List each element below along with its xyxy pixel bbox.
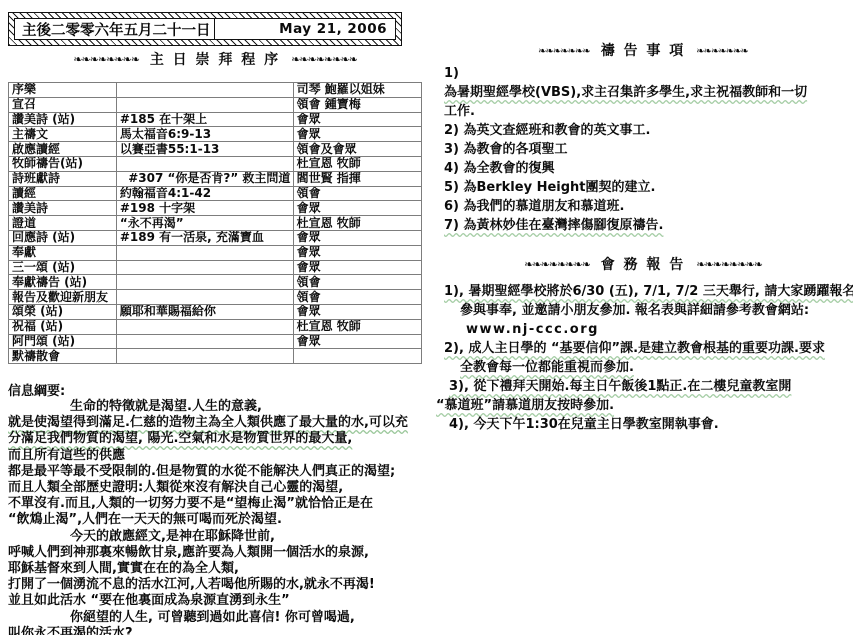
prayer-line: 4) 為全教會的復興 [444,159,850,178]
leaf-chain-ornament-icon: ❧❧❧❧❧❧❧❧ [73,53,139,66]
worship-content-cell: 馬太福音6:9-13 [116,127,293,142]
date-english: May 21, 2006 [215,21,395,37]
worship-content-cell: 願耶和華賜福給你 [116,304,293,319]
worship-item-cell: 三一頌 (站) [9,260,117,275]
worship-content-cell: #307 “你是否肯?” 救主問道 [116,171,293,186]
leaf-chain-ornament-icon: ❧❧❧❧❧❧❧ [696,46,748,57]
worship-table-row: 奉獻 會眾 [9,245,422,260]
worship-table-row: 讀經 約翰福音4:1-42 領會 [9,186,422,201]
worship-table-row: 主禱文 馬太福音6:9-13 會眾 [9,127,422,142]
worship-content-cell [116,156,293,171]
worship-table-row: 讚美詩 (站) #185 在十架上 會眾 [9,112,422,127]
worship-item-cell: 回應詩 (站) [9,230,117,245]
worship-content-cell: #189 有一活泉, 充滿寶血 [116,230,293,245]
worship-item-cell: 詩班獻詩 [9,171,117,186]
message-line: 今天的啟應經文,是神在耶穌降世前, [8,529,428,545]
worship-order-table: 序樂 司琴 鮑羅以姐妹 宣召 領會 鍾寶梅 讚美詩 (站) #185 在十架上 [8,82,422,364]
worship-table-row: 奉獻禱告 (站) 領會 [9,275,422,290]
worship-item-cell: 證道 [9,216,117,231]
report-line: “慕道班”請慕道朋友按時參加. [436,396,850,415]
worship-content-cell: “永不再渴” [116,216,293,231]
worship-item-cell: 報告及歡迎新朋友 [9,290,117,305]
worship-leader-cell: 領會 [293,186,421,201]
worship-item-cell: 序樂 [9,83,117,98]
prayer-line: 6) 為我們的慕道朋友和慕道班. [444,197,850,216]
leaf-chain-ornament-icon: ❧❧❧❧❧❧❧❧ [524,258,590,271]
worship-table-row: 序樂 司琴 鮑羅以姐妹 [9,83,422,98]
worship-item-cell: 奉獻 [9,245,117,260]
worship-table-row: 啟應讀經 以賽亞書55:1-13 領會及會眾 [9,142,422,157]
message-outline-section: 信息綱要: 生命的特徵就是渴望.人生的意義, 就是使渴望得到滿足.仁慈的造物主為… [8,384,428,635]
report-line: 4), 今天下午1:30在兒童主日學教室開執事會. [444,415,850,434]
prayer-line: 工作. [444,102,850,121]
bulletin-page: 主後二零零六年五月二十一日 May 21, 2006 ❧❧❧❧❧❧❧❧ 主 日 … [0,0,853,635]
worship-item-cell: 牧師禱告(站) [9,156,117,171]
worship-item-cell: 祝福 (站) [9,319,117,334]
report-title-text: 會 務 報 告 [601,257,686,273]
message-line: 生命的特徵就是渴望.人生的意義, [8,399,428,415]
worship-content-cell [116,260,293,275]
worship-content-cell [116,349,293,364]
worship-title-text: 主 日 崇 拜 程 序 [150,52,280,68]
worship-table-row: 詩班獻詩 #307 “你是否肯?” 救主問道 閻世賢 指揮 [9,171,422,186]
worship-leader-cell: 會眾 [293,245,421,260]
worship-content-cell: #198 十字架 [116,201,293,216]
prayer-line: 2) 為英文查經班和教會的英文事工. [444,121,850,140]
leaf-chain-ornament-icon: ❧❧❧❧❧❧❧❧ [291,53,357,66]
report-line: 2), 成人主日學的 “基要信仰”課.是建立教會根基的重要功課.要求 [444,339,850,358]
worship-leader-cell: 會眾 [293,334,421,349]
worship-content-cell [116,319,293,334]
worship-item-cell: 頌榮 (站) [9,304,117,319]
worship-table-row: 報告及歡迎新朋友 領會 [9,290,422,305]
worship-leader-cell: 杜宣恩 牧師 [293,319,421,334]
message-line: 而且人類全部歷史證明:人類從來沒有解決自己心靈的渴望, [8,480,428,496]
worship-table-row: 三一頌 (站) 會眾 [9,260,422,275]
worship-content-cell: 以賽亞書55:1-13 [116,142,293,157]
message-line: 都是最平等最不受限制的.但是物質的水從不能解決人們真正的渴望; [8,464,428,480]
worship-item-cell: 宣召 [9,97,117,112]
worship-table-row: 讚美詩 #198 十字架 會眾 [9,201,422,216]
worship-table-row: 證道 “永不再渴” 杜宣恩 牧師 [9,216,422,231]
message-line: 呼喊人們到神那裏來暢飲甘泉,應許要為人類開一個活水的泉源, [8,545,428,561]
worship-item-cell: 啟應讀經 [9,142,117,157]
worship-leader-cell: 領會及會眾 [293,142,421,157]
message-line: 就是使渴望得到滿足.仁慈的造物主為全人類供應了最大量的水,可以充 [8,415,428,431]
worship-leader-cell: 會眾 [293,304,421,319]
prayer-line: 1) [444,64,850,83]
report-section-title: ❧❧❧❧❧❧❧❧ 會 務 報 告 ❧❧❧❧❧❧❧❧ [458,254,828,274]
message-line: 並且如此活水 “要在他裏面成為泉源直湧到永生” [8,593,428,609]
report-items-list: 1), 暑期聖經學校將於6/30 (五), 7/1, 7/2 三天舉行, 請大家… [444,282,850,434]
date-header-inner: 主後二零零六年五月二十一日 May 21, 2006 [14,18,396,40]
worship-leader-cell: 會眾 [293,127,421,142]
worship-leader-cell: 會眾 [293,230,421,245]
prayer-section-title: ❧❧❧❧❧❧❧ 禱 告 事 項 ❧❧❧❧❧❧❧ [458,40,828,60]
worship-leader-cell [293,349,421,364]
prayer-line: 3) 為教會的各項聖工 [444,140,850,159]
prayer-line: 7) 為黃林妙佳在臺灣摔傷腳復原禱告. [444,216,850,235]
prayer-title-text: 禱 告 事 項 [601,43,686,59]
worship-table-row: 牧師禱告(站) 杜宣恩 牧師 [9,156,422,171]
worship-table-row: 宣召 領會 鍾寶梅 [9,97,422,112]
date-header-box: 主後二零零六年五月二十一日 May 21, 2006 [8,12,402,46]
worship-leader-cell: 杜宣恩 牧師 [293,216,421,231]
worship-section-title: ❧❧❧❧❧❧❧❧ 主 日 崇 拜 程 序 ❧❧❧❧❧❧❧❧ [8,49,422,69]
worship-content-cell [116,334,293,349]
worship-content-cell [116,83,293,98]
worship-item-cell: 讚美詩 (站) [9,112,117,127]
message-line: 叫你永不再渴的活水? [8,626,428,635]
message-line: 分滿足我們物質的渴望, 陽光.空氣和水是物質世界的最大量, [8,431,428,447]
worship-item-cell: 奉獻禱告 (站) [9,275,117,290]
worship-leader-cell: 閻世賢 指揮 [293,171,421,186]
worship-leader-cell: 會眾 [293,260,421,275]
worship-content-cell [116,290,293,305]
message-outline-body: 生命的特徵就是渴望.人生的意義, 就是使渴望得到滿足.仁慈的造物主為全人類供應了… [8,399,428,635]
message-line: 耶穌基督來到人間,實實在在的為全人類, [8,561,428,577]
worship-table-row: 阿門頌 (站) 會眾 [9,334,422,349]
worship-leader-cell: 領會 鍾寶梅 [293,97,421,112]
worship-leader-cell: 杜宣恩 牧師 [293,156,421,171]
worship-leader-cell: 領會 [293,290,421,305]
worship-content-cell: #185 在十架上 [116,112,293,127]
message-line: 而且所有這些的供應 [8,448,428,464]
worship-table-row: 回應詩 (站) #189 有一活泉, 充滿寶血 會眾 [9,230,422,245]
date-chinese: 主後二零零六年五月二十一日 [15,19,215,39]
worship-item-cell: 主禱文 [9,127,117,142]
worship-leader-cell: 會眾 [293,112,421,127]
worship-content-cell [116,97,293,112]
message-line: 你絕望的人生, 可曾聽到過如此喜信! 你可曾喝過, [8,610,428,626]
worship-content-cell [116,245,293,260]
prayer-line: 5) 為Berkley Height團契的建立. [444,178,850,197]
worship-item-cell: 讚美詩 [9,201,117,216]
message-outline-heading: 信息綱要: [8,384,428,399]
worship-leader-cell: 領會 [293,275,421,290]
worship-table-body: 序樂 司琴 鮑羅以姐妹 宣召 領會 鍾寶梅 讚美詩 (站) #185 在十架上 [9,83,422,364]
worship-item-cell: 默禱散會 [9,349,117,364]
prayer-items-list: 1) 為暑期聖經學校(VBS),求主召集許多學生,求主祝福教師和一切 工作. 2… [444,64,850,235]
report-line: 參與事奉, 並邀請小朋友參加. 報名表與詳細請參考教會網站: [444,301,850,320]
message-line: 打開了一個湧流不息的活水江河,人若喝他所賜的水,就永不再渴! [8,577,428,593]
message-line: “飲鴆止渴”,人們在一天天的無可喝而死於渴望. [8,512,428,528]
leaf-chain-ornament-icon: ❧❧❧❧❧❧❧❧ [696,258,762,271]
worship-table-row: 頌榮 (站) 願耶和華賜福給你 會眾 [9,304,422,319]
worship-leader-cell: 會眾 [293,201,421,216]
report-line: 全教會每一位都能重視而參加. [444,358,850,377]
report-line: www.nj-ccc.org [444,320,850,339]
report-line: 3), 從下禮拜天開始.每主日午飯後1點正.在二樓兒童教室開 [444,377,850,396]
worship-table-row: 祝福 (站) 杜宣恩 牧師 [9,319,422,334]
worship-content-cell [116,275,293,290]
worship-item-cell: 讀經 [9,186,117,201]
leaf-chain-ornament-icon: ❧❧❧❧❧❧❧ [538,46,590,57]
prayer-line: 為暑期聖經學校(VBS),求主召集許多學生,求主祝福教師和一切 [444,83,850,102]
worship-item-cell: 阿門頌 (站) [9,334,117,349]
worship-content-cell: 約翰福音4:1-42 [116,186,293,201]
report-line: 1), 暑期聖經學校將於6/30 (五), 7/1, 7/2 三天舉行, 請大家… [444,282,850,301]
message-line: 不單沒有.而且,人類的一切努力要不是“望梅止渴”就恰恰正是在 [8,496,428,512]
worship-leader-cell: 司琴 鮑羅以姐妹 [293,83,421,98]
worship-table-row: 默禱散會 [9,349,422,364]
